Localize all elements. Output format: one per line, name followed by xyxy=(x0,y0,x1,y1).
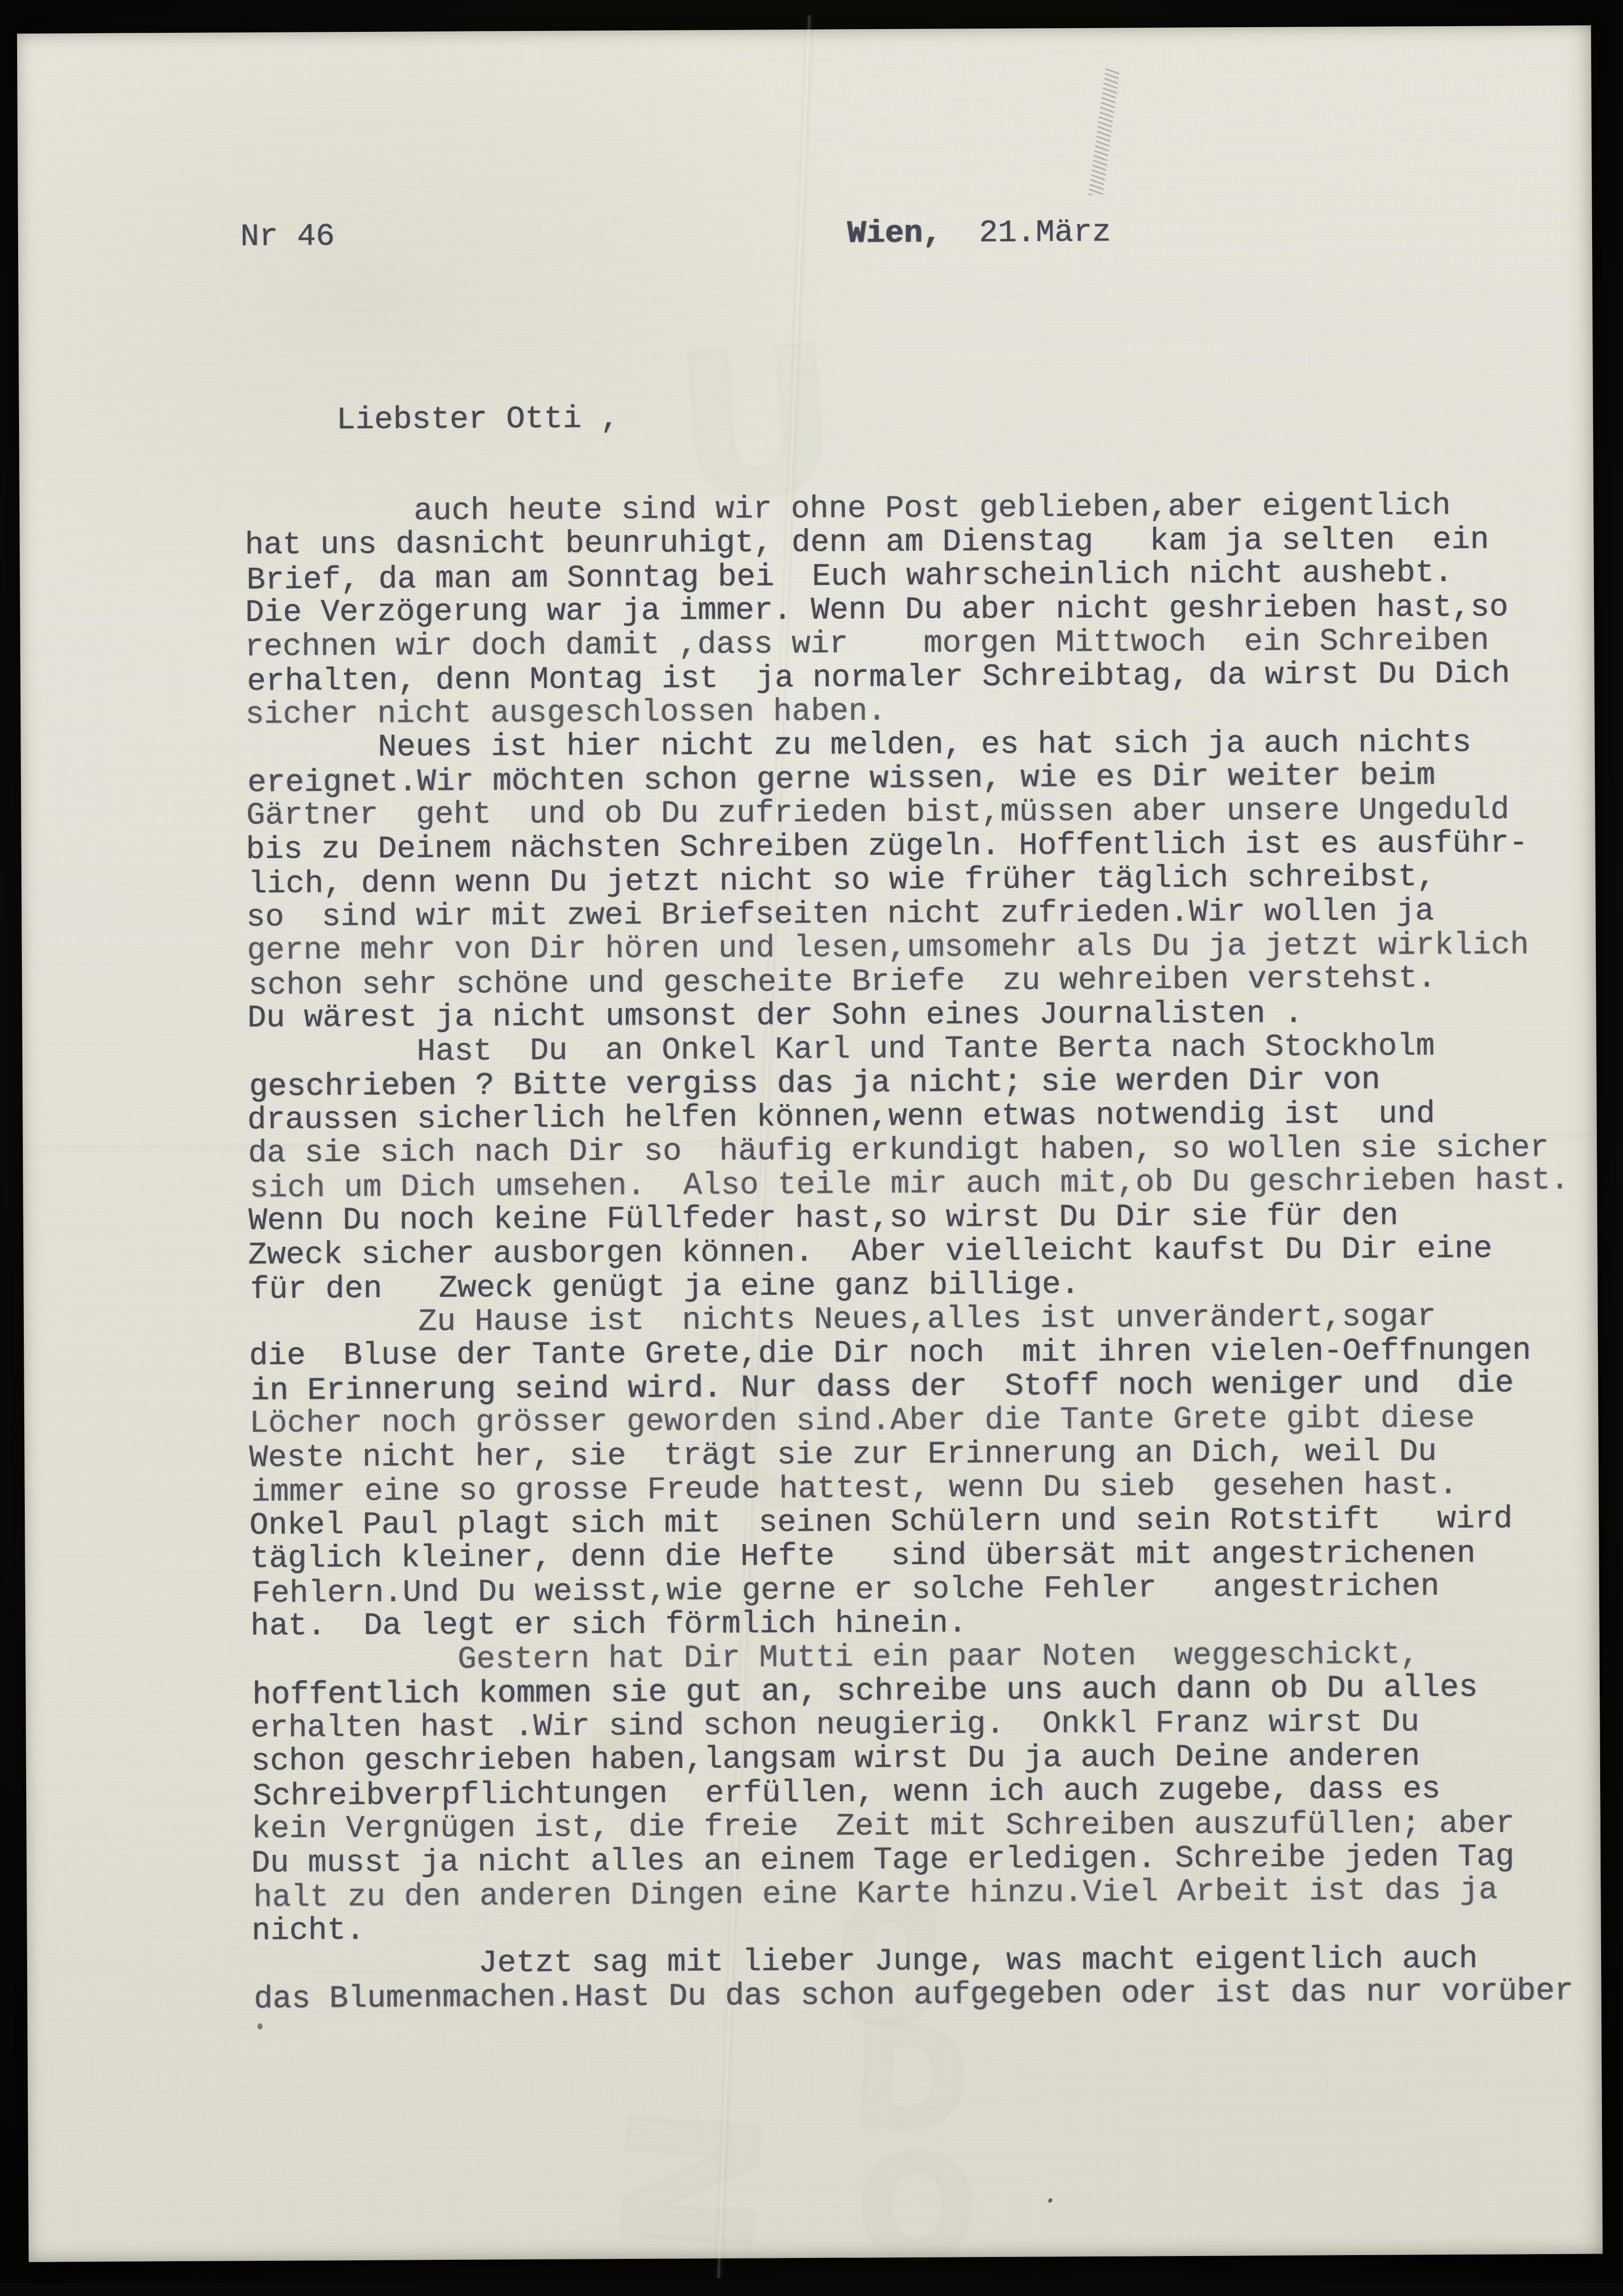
letter-salutation: Liebster Otti , xyxy=(336,400,620,438)
letter-paper: UOgDON Nr 46 Wien,21.März Liebster Otti … xyxy=(17,25,1603,2262)
letter-date: 21.März xyxy=(979,215,1111,251)
letter-body: auch heute sind wir ohne Post geblieben,… xyxy=(244,488,1572,2015)
letter-number: Nr 46 xyxy=(240,218,335,255)
scanned-letter-stage: UOgDON Nr 46 Wien,21.März Liebster Otti … xyxy=(0,0,1623,2283)
letter-line: geschrieben ? Bitte vergiss das ja nicht… xyxy=(249,1062,1569,1104)
stain-speck xyxy=(1048,2197,1053,2204)
ghost-letter: N xyxy=(599,2099,790,2262)
letter-place-date: Wien,21.März xyxy=(847,214,1111,252)
letter-line: immer eine so grosse Freude hattest, wen… xyxy=(251,1467,1571,1509)
pencil-smudge xyxy=(1089,68,1120,197)
stain-dot xyxy=(257,2023,263,2030)
ghost-letter: O xyxy=(856,2137,979,2280)
letter-place: Wien, xyxy=(847,216,941,252)
letter-line: halt zu den anderen Dingen eine Karte hi… xyxy=(253,1872,1573,1914)
letter-line: Wenn Du noch keine Füllfeder hast,so wir… xyxy=(248,1198,1568,1238)
ghost-letter: D xyxy=(848,2006,973,2154)
letter-line: Gärtner geht und ob Du zufrieden bist,mü… xyxy=(246,793,1566,832)
letter-line: das Blumenmachen.Hast Du das schon aufge… xyxy=(254,1974,1574,2016)
